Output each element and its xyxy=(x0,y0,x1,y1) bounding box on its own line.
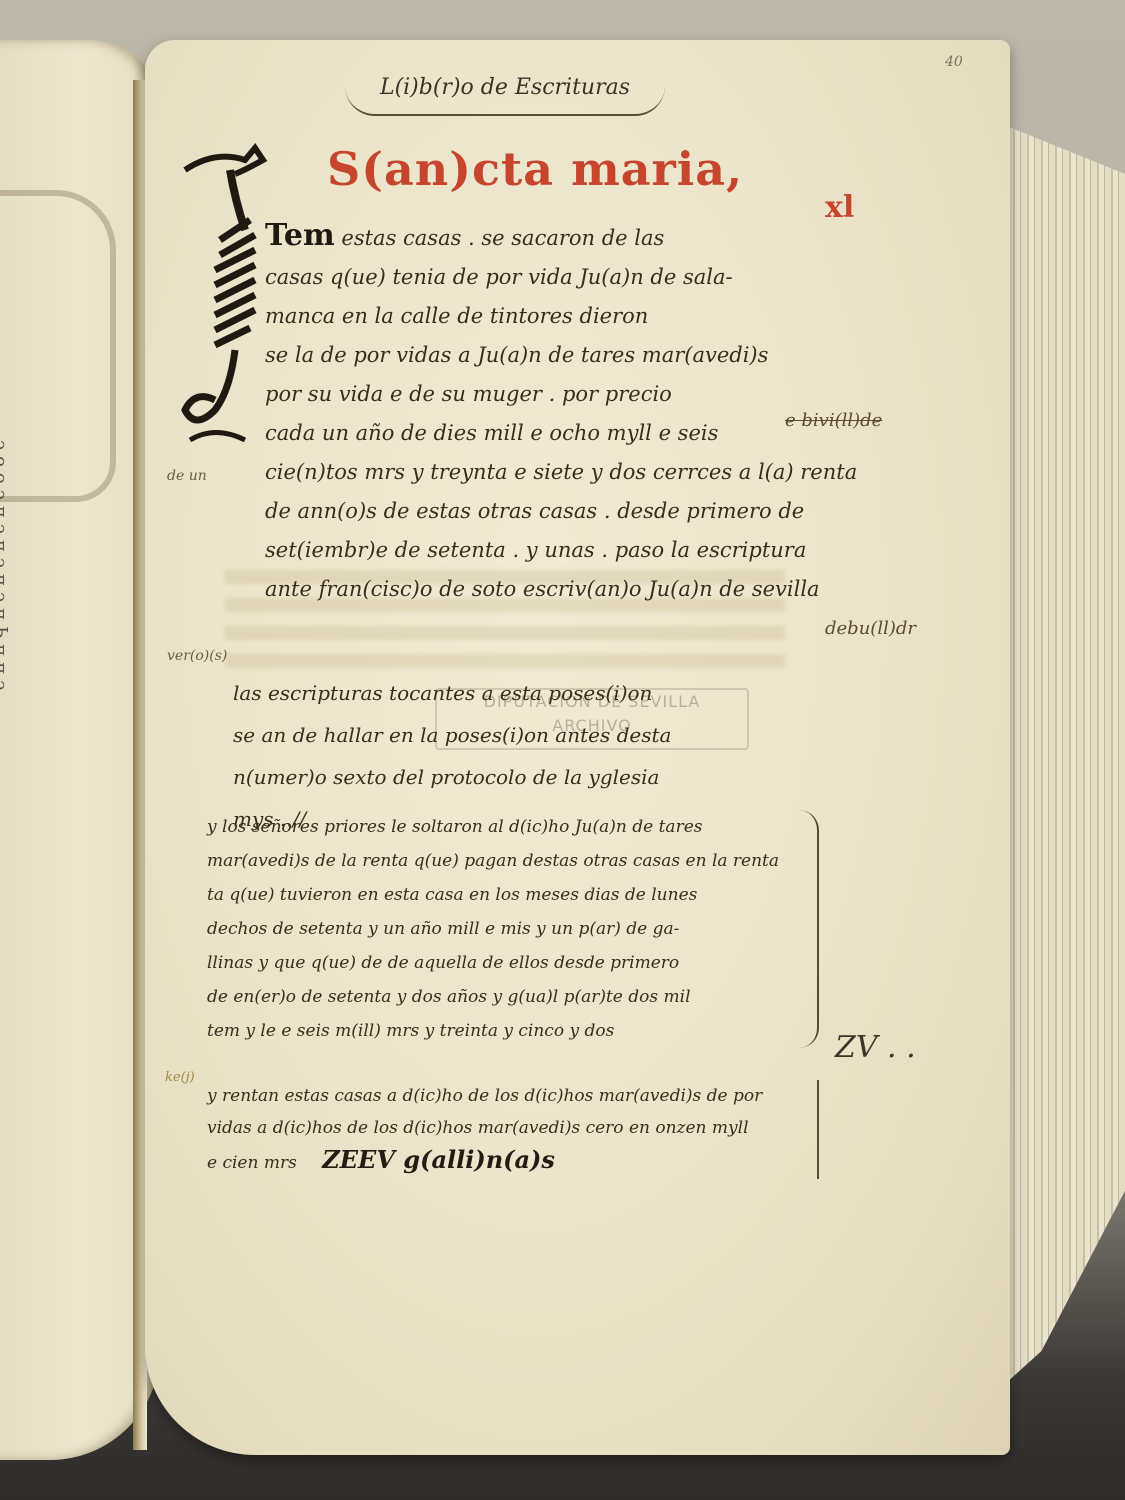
text-line: ante fran(cisc)o de soto escriv(an)o Ju(… xyxy=(265,570,825,609)
text-line: y los señores priores le soltaron al d(i… xyxy=(207,810,807,844)
rubric-heading: S(an)cta maria, xyxy=(327,142,743,196)
decorative-flourish-icon xyxy=(0,190,116,502)
text-line: de en(er)o de setenta y dos años y g(ua)… xyxy=(207,980,807,1014)
text-line: set(iembr)e de setenta . y unas . paso l… xyxy=(265,531,825,570)
text-line: se la de por vidas a Ju(a)n de tares mar… xyxy=(265,336,825,375)
decorated-initial-icon xyxy=(175,140,270,460)
text-line: e cien mrs ZEEV g(alli)n(a)s xyxy=(207,1144,807,1179)
text-line: manca en la calle de tintores dieron xyxy=(265,297,825,336)
text-line: se an de hallar en la poses(i)on antes d… xyxy=(233,714,813,756)
text-line: cada un año de dies mill e ocho myll e s… xyxy=(265,414,825,453)
text-line: mar(avedi)s de la renta q(ue) pagan dest… xyxy=(207,844,807,878)
text-line: y rentan estas casas a d(ic)ho de los d(… xyxy=(207,1080,807,1112)
marginal-note: ver(o)(s) xyxy=(167,648,227,664)
text-line: de ann(o)s de estas otras casas . desde … xyxy=(265,492,825,531)
paragraph-3: y los señores priores le soltaron al d(i… xyxy=(207,810,819,1048)
recto-page: L(i)b(r)o de Escrituras 40 S(an)cta mari… xyxy=(145,40,1010,1455)
marginal-note: debu(ll)dr xyxy=(825,618,916,639)
text-line: por su vida e de su muger . por precio xyxy=(265,375,825,414)
running-header: L(i)b(r)o de Escrituras xyxy=(345,68,665,116)
sum-total: ZEEV g(alli)n(a)s xyxy=(322,1145,555,1174)
marginal-note: ke(j) xyxy=(165,1070,195,1085)
text-line: dechos de setenta y un año mill e mis y … xyxy=(207,912,807,946)
text-line: cie(n)tos mrs y treynta e siete y dos ce… xyxy=(265,453,825,492)
text-line: Tem estas casas . se sacaron de las xyxy=(265,216,825,258)
text-line: tem y le e seis m(ill) mrs y treinta y c… xyxy=(207,1014,807,1048)
first-word: Tem xyxy=(265,218,335,253)
paragraph-4: y rentan estas casas a d(ic)ho de los d(… xyxy=(207,1080,819,1179)
folio-number: 40 xyxy=(945,54,963,70)
text-line: las escripturas tocantes a esta poses(i)… xyxy=(233,672,813,714)
text-line: casas q(ue) tenia de por vida Ju(a)n de … xyxy=(265,258,825,297)
text-line: llinas y que q(ue) de de aquella de ello… xyxy=(207,946,807,980)
leaf-numeral: xl xyxy=(825,190,854,225)
text-line: n(umer)o sexto del protocolo de la ygles… xyxy=(233,756,813,798)
marginal-note: de un xyxy=(167,468,207,484)
left-page-marginal-glyphs: ɔϙϙɔпɔпɔпɔпЬппɔ xyxy=(2,440,16,696)
marginal-note: e bivi(ll)de xyxy=(785,410,882,431)
marginal-note: ZV . . xyxy=(835,1030,916,1065)
paragraph-1: Tem estas casas . se sacaron de las casa… xyxy=(265,216,825,609)
text-line: vidas a d(ic)hos de los d(ic)hos mar(ave… xyxy=(207,1112,807,1144)
text-line: ta q(ue) tuvieron en esta casa en los me… xyxy=(207,878,807,912)
